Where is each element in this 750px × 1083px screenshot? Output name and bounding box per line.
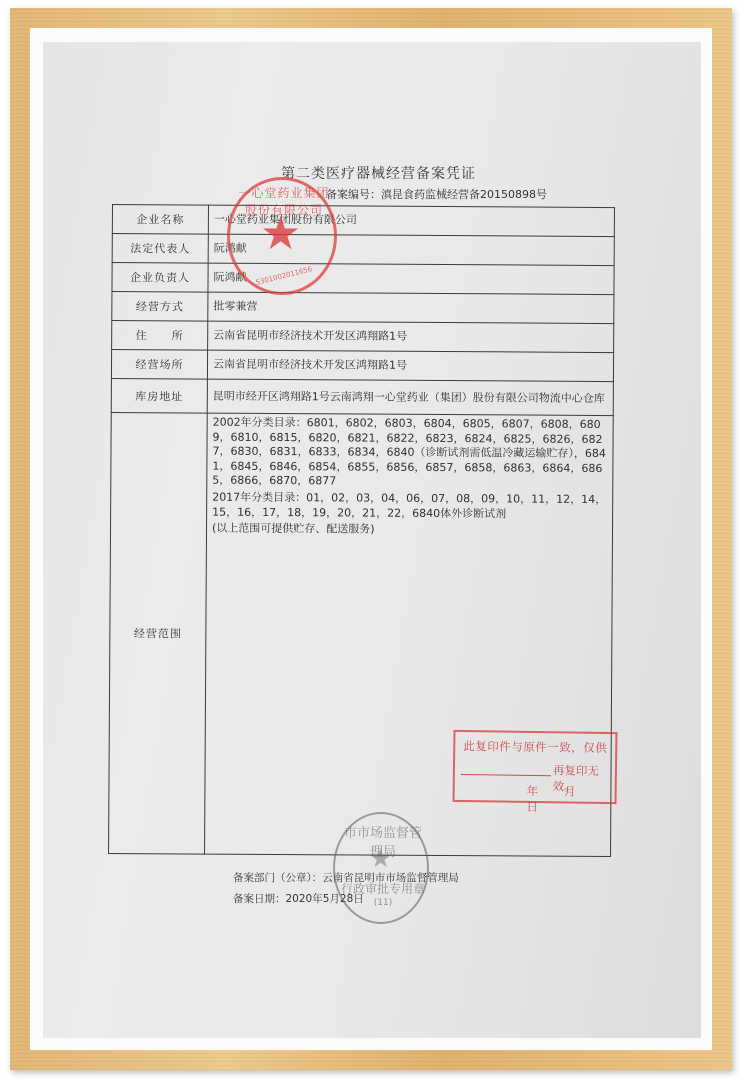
business-mode: 批零兼营 [208,292,614,323]
authority-seal-number: (11) [335,898,431,908]
table-row: 企业名称 一心堂药业集团股份有限公司 [112,205,614,237]
copy-stamp-blank-line [461,774,551,776]
scope-note: (以上范围可提供贮存、配送服务) [212,520,607,539]
table-row: 库房地址 昆明市经开区鸿翔路1号云南鸿翔一心堂药业（集团）股份有限公司物流中心仓… [111,378,613,415]
copy-stamp-date: 年月日 [526,783,614,816]
star-icon: ★ [260,210,301,256]
field-label: 企业名称 [112,205,208,235]
field-label: 法定代表人 [112,234,208,264]
field-label: 经营方式 [112,292,208,322]
copy-stamp-line1: 此复印件与原件一致，仅供 [463,738,607,756]
table-row: 经营方式 批零兼营 [112,292,614,324]
field-label: 企业负责人 [112,263,208,293]
company-seal-code: 5301002011656 [244,262,324,289]
frame-mat: 第二类医疗器械经营备案凭证 备案编号：滇昆食药监械经营备20150898号 企业… [30,28,712,1050]
certificate-paper: 第二类医疗器械经营备案凭证 备案编号：滇昆食药监械经营备20150898号 企业… [43,42,701,1038]
certificate-title: 第二类医疗器械经营备案凭证 [281,163,476,183]
table-row: 经营场所 云南省昆明市经济技术开发区鸿翔路1号 [111,350,613,382]
month-label: 月 [564,784,576,798]
copy-verification-stamp: 此复印件与原件一致，仅供 再复印无效。 年月日 [453,730,618,804]
authority-seal-bottom: 行政审批专用章 [339,880,427,897]
year-label: 年 [527,784,539,798]
table-row: 企业负责人 阮鸿献 [112,263,614,295]
warehouse-address: 昆明市经开区鸿翔路1号云南鸿翔一心堂药业（集团）股份有限公司物流中心仓库 [207,379,613,415]
field-label: 库房地址 [111,378,207,413]
registration-number: 备案编号：滇昆食药监械经营备20150898号 [326,186,547,202]
domicile: 云南省昆明市经济技术开发区鸿翔路1号 [208,321,614,352]
picture-frame: 第二类医疗器械经营备案凭证 备案编号：滇昆食药监械经营备20150898号 企业… [10,8,732,1070]
table-row: 法定代表人 阮鸿献 [112,234,614,266]
business-premises: 云南省昆明市经济技术开发区鸿翔路1号 [207,350,613,381]
table-row: 住 所 云南省昆明市经济技术开发区鸿翔路1号 [112,321,614,353]
scope-2017: 2017年分类目录：01，02，03，04，06，07，08，09，10，11，… [212,489,607,523]
star-icon: ★ [369,844,392,874]
scope-2002: 2002年分类目录：6801，6802，6803，6804，6805，6807，… [212,414,607,491]
field-label: 经营范围 [109,412,208,854]
field-label: 经营场所 [111,350,207,380]
authority-seal: 市市场监督管理局 ★ 行政审批专用章 (11) [333,812,429,924]
field-label: 住 所 [112,321,208,351]
day-label: 日 [526,800,538,814]
company-seal: 一心堂药业集团股份有限公司 ★ 5301002011656 [227,177,337,295]
